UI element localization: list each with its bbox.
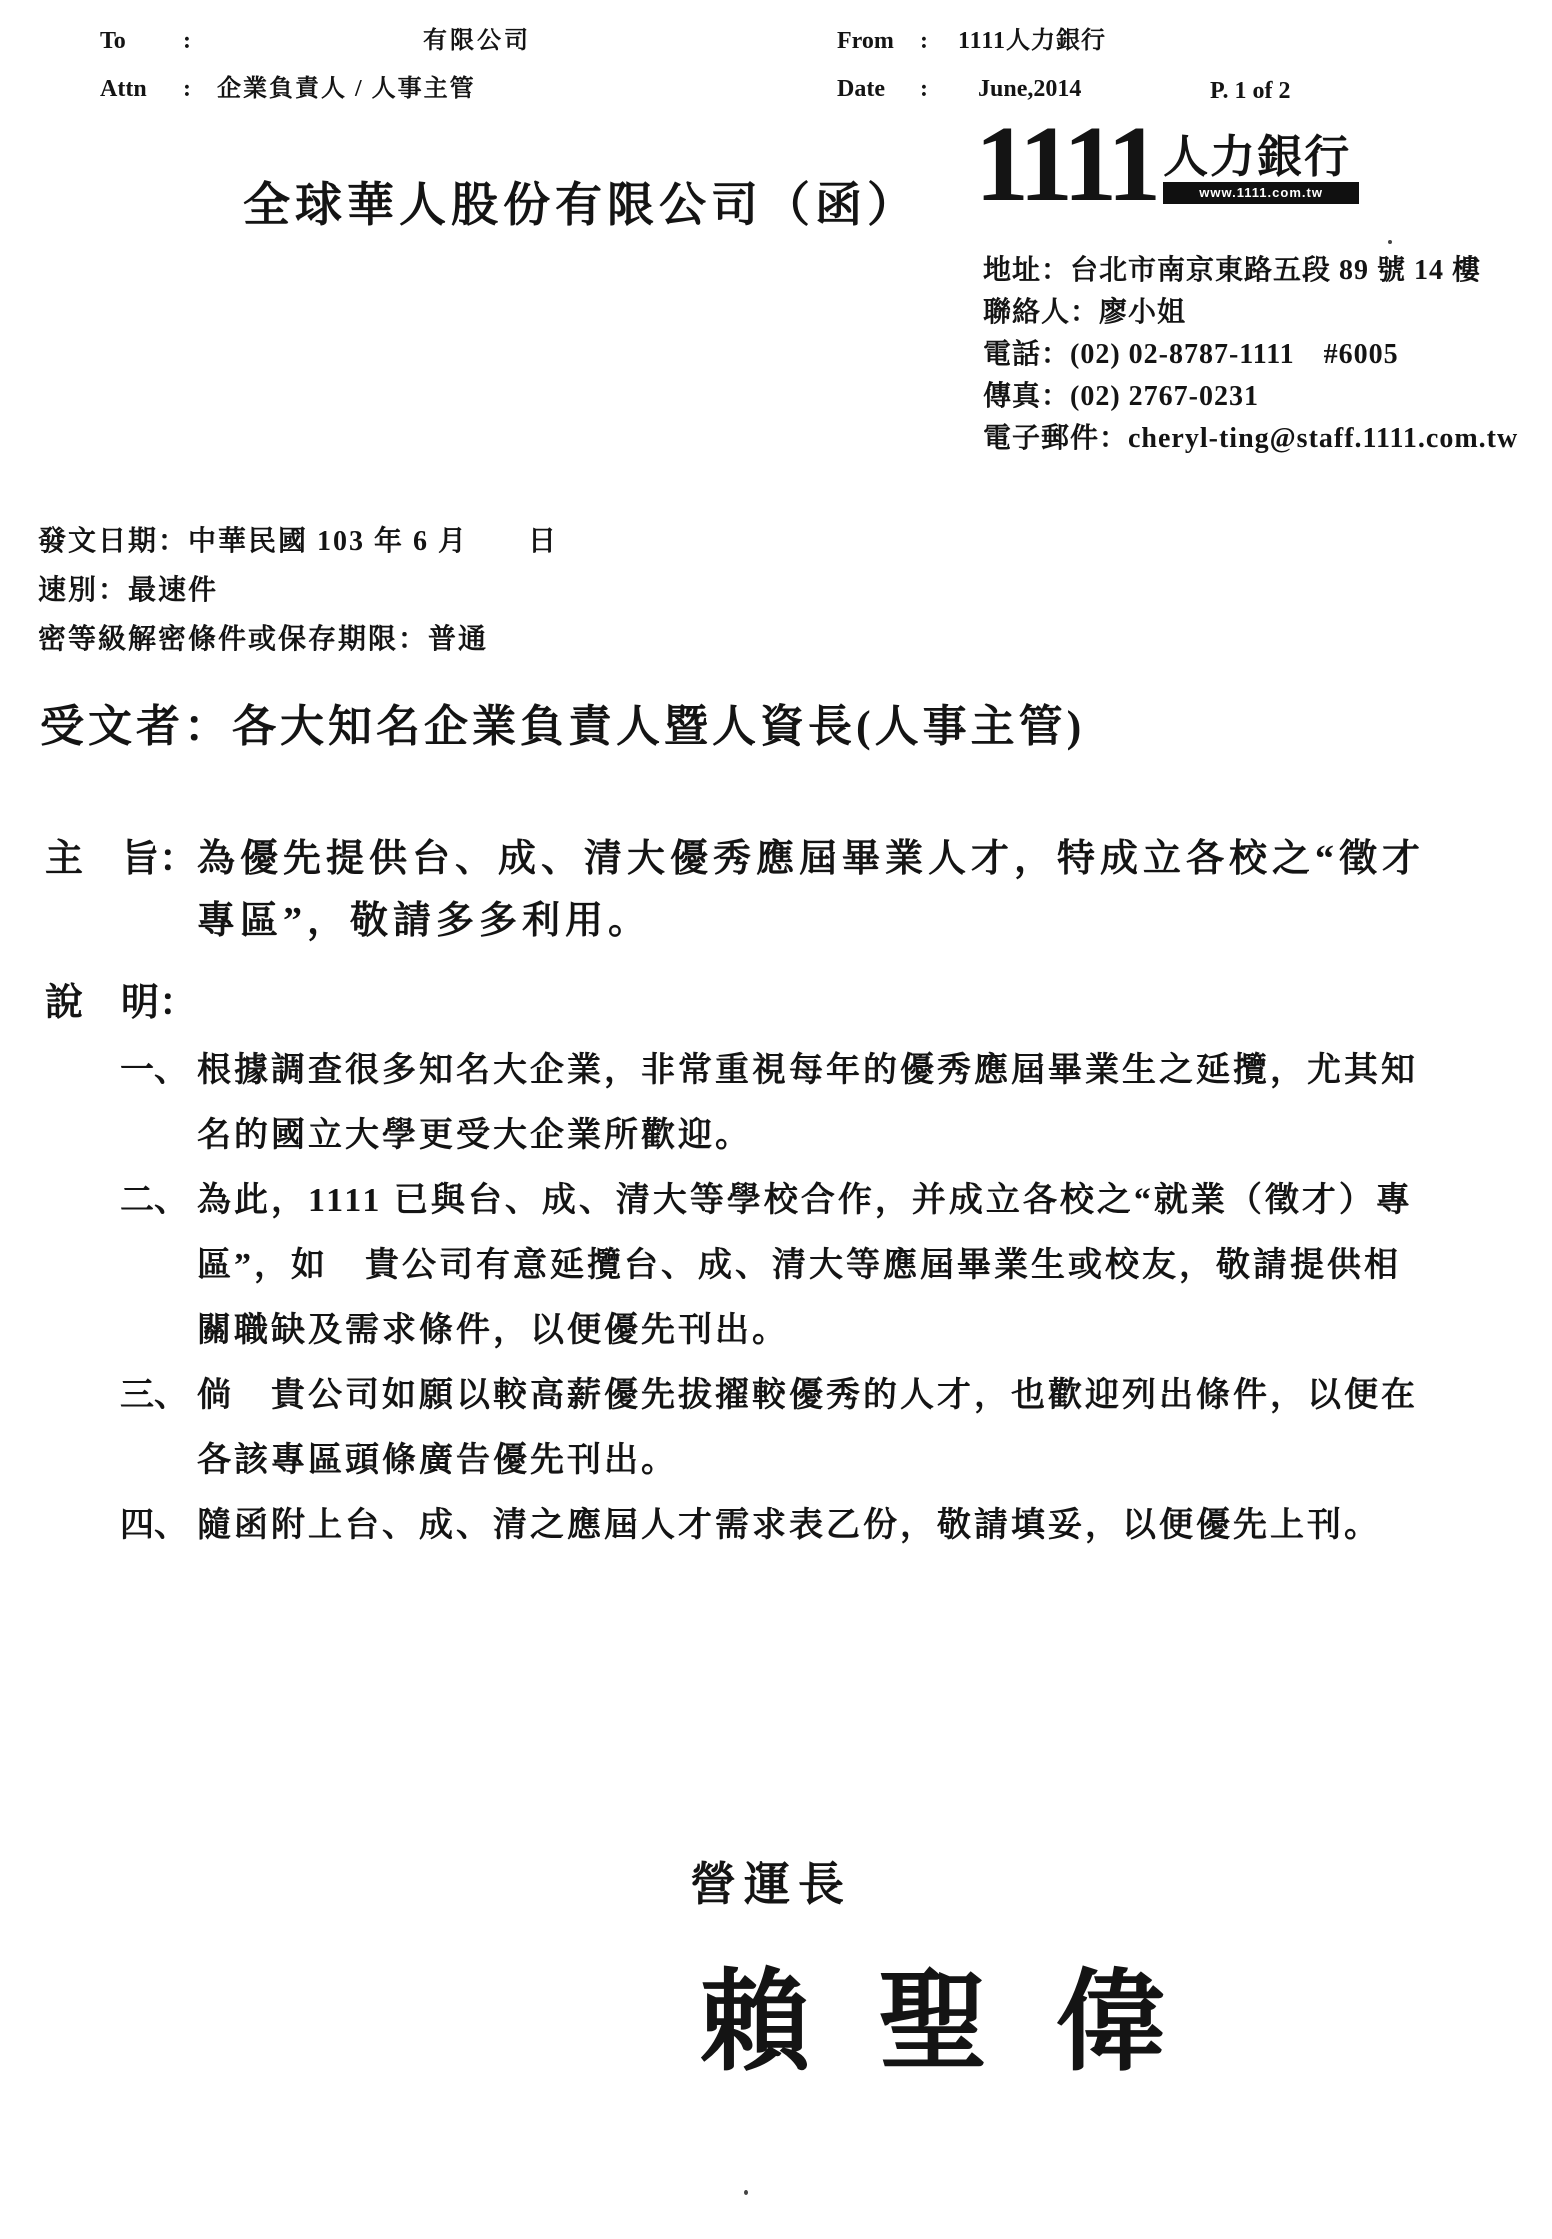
contact-block: 地址：台北市南京東路五段 89 號 14 樓 聯絡人：廖小姐 電話：(02) 0…: [983, 250, 1518, 460]
attn-label: Attn: [100, 74, 183, 104]
logo-1111-digits: 1111: [975, 112, 1157, 217]
contact-address: 地址：台北市南京東路五段 89 號 14 樓: [983, 250, 1518, 292]
scan-speck: [1388, 240, 1392, 244]
document-title: 全球華人股份有限公司（函）: [243, 168, 919, 235]
attn-colon: :: [183, 74, 213, 104]
item-2-text: 為此，1111 已與台、成、清大等學校合作，并成立各校之“就業（徵才）專 區”，…: [197, 1168, 1413, 1363]
from-label: From: [837, 26, 920, 56]
to-label: To: [100, 26, 183, 56]
signer-signature: 賴聖偉: [700, 1958, 1234, 2088]
logo-url-bar: www.1111.com.tw: [1163, 182, 1359, 204]
item-1-marker: 一、: [120, 1038, 197, 1168]
explanation-item-1: 一、 根據調查很多知名大企業，非常重視每年的優秀應屆畢業生之延攬，尤其知 名的國…: [120, 1038, 1540, 1168]
item-3-marker: 三、: [120, 1363, 197, 1493]
date-label: Date: [837, 74, 920, 104]
contact-email: 電子郵件：cheryl-ting@staff.1111.com.tw: [983, 418, 1518, 460]
meta-issue-date: 發文日期：中華民國 103 年 6 月 日: [38, 522, 558, 571]
item-3-text: 倘 貴公司如願以較高薪優先拔擢較優秀的人才，也歡迎列出條件，以便在 各該專區頭條…: [197, 1363, 1418, 1493]
fax-to-row: To : 有限公司: [100, 26, 531, 74]
document-meta: 發文日期：中華民國 103 年 6 月 日 速別：最速件 密等級解密條件或保存期…: [38, 522, 558, 669]
attn-value: 企業負責人 / 人事主管: [217, 74, 476, 104]
fax-attn-row: Attn : 企業負責人 / 人事主管: [100, 74, 531, 122]
explanation-item-4: 四、 隨函附上台、成、清之應屆人才需求表乙份，敬請填妥，以便優先上刊。: [120, 1493, 1540, 1558]
company-logo: 1111 人力銀行 www.1111.com.tw: [975, 112, 1359, 217]
fax-from-row: From : 1111人力銀行: [837, 26, 1106, 74]
contact-fax: 傳真：(02) 2767-0231: [983, 376, 1518, 418]
subject-text: 為優先提供台、成、清大優秀應屆畢業人才，特成立各校之“徵才 專區”，敬請多多利用…: [197, 828, 1425, 952]
letter-page: To : 有限公司 Attn : 企業負責人 / 人事主管 From : 111…: [0, 0, 1552, 2239]
from-colon: :: [920, 26, 950, 56]
date-colon: :: [920, 74, 950, 104]
explanation-items: 一、 根據調查很多知名大企業，非常重視每年的優秀應屆畢業生之延攬，尤其知 名的國…: [120, 1038, 1540, 1558]
scan-speck: [744, 2190, 748, 2195]
recipient-line: 受文者：各大知名企業負責人暨人資長(人事主管): [40, 690, 1085, 754]
from-value: 1111人力銀行: [958, 26, 1106, 56]
item-2-marker: 二、: [120, 1168, 197, 1363]
date-value: June,2014: [978, 74, 1081, 104]
logo-right-block: 人力銀行 www.1111.com.tw: [1163, 134, 1359, 204]
item-1-text: 根據調查很多知名大企業，非常重視每年的優秀應屆畢業生之延攬，尤其知 名的國立大學…: [197, 1038, 1418, 1168]
explanation-item-3: 三、 倘 貴公司如願以較高薪優先拔擢較優秀的人才，也歡迎列出條件，以便在 各該專…: [120, 1363, 1540, 1493]
explanation-item-2: 二、 為此，1111 已與台、成、清大等學校合作，并成立各校之“就業（徵才）專 …: [120, 1168, 1540, 1363]
item-4-marker: 四、: [120, 1493, 197, 1558]
logo-brand-text: 人力銀行: [1163, 134, 1359, 180]
contact-person: 聯絡人：廖小姐: [983, 292, 1518, 334]
contact-phone: 電話：(02) 02-8787-1111 #6005: [983, 334, 1518, 376]
to-colon: :: [183, 26, 213, 56]
subject-section: 主 旨： 為優先提供台、成、清大優秀應屆畢業人才，特成立各校之“徵才 專區”，敬…: [45, 828, 1425, 952]
subject-label: 主 旨：: [45, 828, 197, 952]
fax-header-left: To : 有限公司 Attn : 企業負責人 / 人事主管: [100, 26, 531, 122]
to-value: 有限公司: [423, 26, 531, 56]
signer-title: 營運長: [690, 1848, 852, 1914]
page-number: P. 1 of 2: [1210, 78, 1290, 105]
meta-speed-class: 速別：最速件: [38, 571, 558, 620]
meta-security-class: 密等級解密條件或保存期限：普通: [38, 620, 558, 669]
item-4-text: 隨函附上台、成、清之應屆人才需求表乙份，敬請填妥，以便優先上刊。: [197, 1493, 1381, 1558]
explanation-label: 說 明：: [45, 972, 197, 1034]
